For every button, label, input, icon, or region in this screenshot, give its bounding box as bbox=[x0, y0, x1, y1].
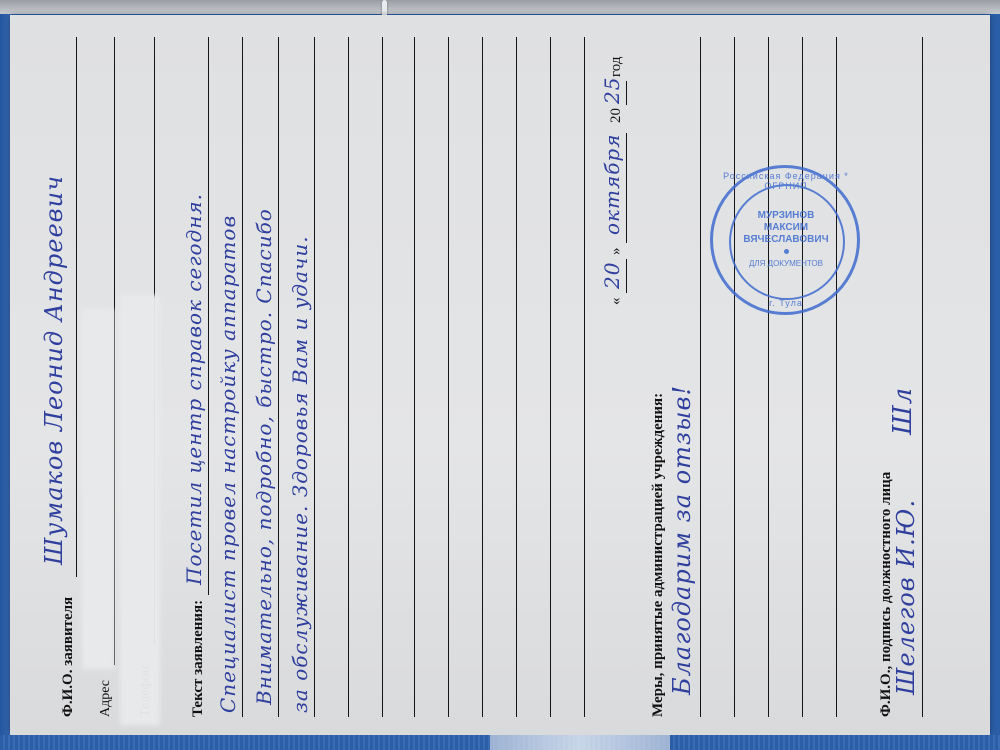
date-row: « 20 » октября 20 25 год bbox=[600, 15, 630, 305]
stamp-purpose: ДЛЯ ДОКУМЕНТОВ bbox=[713, 258, 859, 270]
statement-line-1 bbox=[208, 37, 209, 595]
statement-line-3 bbox=[278, 37, 279, 717]
statement-line-11 bbox=[550, 37, 551, 717]
stamp-outer-text: Российская Федерация * ОГРНИП bbox=[713, 171, 859, 191]
applicant-line bbox=[76, 37, 77, 577]
official-signature[interactable]: Шл bbox=[888, 387, 918, 435]
redacted-phone bbox=[120, 295, 160, 725]
stamp-city: г. Тула bbox=[713, 298, 859, 308]
measures-line-3 bbox=[768, 37, 769, 717]
company-stamp: Российская Федерация * ОГРНИП МУРЗИНОВ М… bbox=[710, 165, 860, 315]
light-glare bbox=[490, 735, 670, 750]
applicant-name[interactable]: Шумаков Леонид Андреевич bbox=[40, 175, 68, 565]
measures-line-2 bbox=[734, 37, 735, 717]
measures-line-4 bbox=[802, 37, 803, 717]
date-day-line bbox=[626, 259, 627, 293]
date-year-word: год bbox=[608, 57, 625, 77]
statement-line-9 bbox=[482, 37, 483, 717]
date-year-line bbox=[626, 81, 627, 105]
statement-text-1[interactable]: Посетил центр справок сегодня. bbox=[182, 193, 206, 585]
statement-line-7 bbox=[414, 37, 415, 717]
applicant-label: Ф.И.О. заявителя bbox=[60, 597, 77, 717]
date-year-suffix[interactable]: 25 bbox=[600, 77, 624, 104]
statement-line-2 bbox=[242, 37, 243, 717]
date-close-quote: » bbox=[608, 248, 625, 256]
official-name[interactable]: Шелегов И.Ю. bbox=[892, 499, 920, 695]
statement-label: Текст заявления: bbox=[190, 600, 207, 717]
date-open-quote: « bbox=[608, 298, 625, 306]
measures-line-1 bbox=[700, 37, 701, 717]
feedback-form-page: Ф.И.О. заявителя Шумаков Леонид Андрееви… bbox=[10, 15, 990, 735]
statement-line-10 bbox=[516, 37, 517, 717]
stamp-patronymic: ВЯЧЕСЛАВОВИЧ bbox=[713, 234, 859, 246]
statement-text-2[interactable]: Специалист провел настройку аппаратов bbox=[216, 215, 240, 713]
address-line bbox=[114, 37, 115, 665]
redacted-address bbox=[82, 309, 114, 669]
stamp-firstname: МАКСИМ bbox=[713, 222, 859, 234]
measures-label: Меры, принятые администрацией учреждения… bbox=[650, 393, 667, 717]
stamp-center: МУРЗИНОВ МАКСИМ ВЯЧЕСЛАВОВИЧ ДЛЯ ДОКУМЕН… bbox=[713, 210, 859, 270]
statement-text-4[interactable]: за обслуживание. Здоровья Вам и удачи. bbox=[288, 235, 312, 713]
date-month[interactable]: октября bbox=[600, 134, 624, 235]
stamp-surname: МУРЗИНОВ bbox=[713, 210, 859, 222]
statement-line-8 bbox=[448, 37, 449, 717]
address-label: Адрес bbox=[98, 680, 114, 717]
measures-line-5 bbox=[836, 37, 837, 717]
stamp-dot-icon bbox=[784, 249, 789, 254]
statement-line-12 bbox=[584, 37, 585, 717]
statement-text-3[interactable]: Внимательно, подробно, быстро. Спасибо bbox=[252, 208, 276, 705]
binder-top-edge bbox=[0, 0, 1000, 14]
statement-line-6 bbox=[382, 37, 383, 717]
date-year-prefix: 20 bbox=[608, 108, 625, 123]
date-day[interactable]: 20 bbox=[600, 262, 624, 289]
statement-line-4 bbox=[314, 37, 315, 717]
binder-bottom-edge bbox=[0, 735, 1000, 750]
date-month-line bbox=[626, 133, 627, 243]
measures-text[interactable]: Благодарим за отзыв! bbox=[668, 385, 696, 695]
statement-line-5 bbox=[348, 37, 349, 717]
official-line bbox=[922, 37, 923, 717]
